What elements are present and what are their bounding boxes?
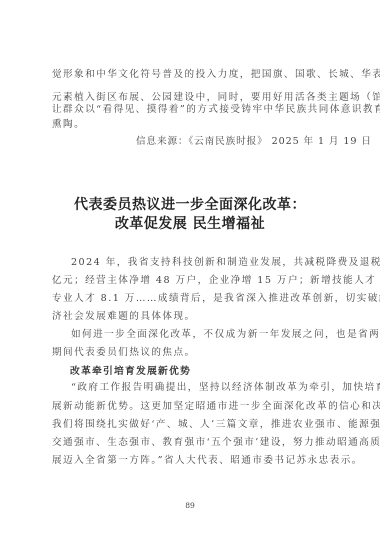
paragraph-line: 展迈入全省第一方阵。”省人大代表、昭通市委书记苏永忠表示。 [52, 454, 330, 467]
paragraph-line: 期间代表委员们热议的焦点。 [52, 346, 330, 359]
paragraph-line: 专业人才 8.1 万……成绩背后，是我省深入推进改革创新，切实破解经 [52, 292, 330, 305]
paragraph-line: 济社会发展难题的具体体现。 [52, 310, 330, 323]
source-line: 信息来源：《云南民族时报》 2025 年 1 月 19 日 [136, 133, 372, 147]
intro-line: 熏陶。 [52, 118, 330, 131]
paragraph-line: 2024 年，我省支持科技创新和制造业发展，共减税降费及退税超 167 [71, 256, 349, 269]
paragraph-line: 展新动能新优势。这更加坚定昭通市进一步全面深化改革的信心和决心。 [52, 400, 330, 413]
article-title-line1: 代表委员热议进一步全面深化改革： [0, 194, 380, 214]
document-page: 觉形象和中华文化符号普及的投入力度，把国旗、国歌、长城、华表等 元素植入街区布展… [0, 0, 380, 537]
intro-line: 让群众以“看得见、摸得着”的方式接受铸牢中华民族共同体意识教育和 [52, 103, 330, 116]
section-subheading: 改革牵引培育发展新优势 [70, 363, 191, 377]
paragraph-line: 交通强市、生态强市、教育强市‘五个强市’建设，努力推动昭通高质量发 [52, 436, 330, 449]
article-title-line2: 改革促发展 民生增福祉 [0, 213, 380, 233]
paragraph-line: “政府工作报告明确提出，坚持以经济体制改革为牵引，加快培育发 [71, 381, 349, 394]
paragraph-line: 亿元；经营主体净增 48 万户，企业净增 15 万户；新增技能人才 74 万、 [52, 274, 330, 287]
page-number: 89 [0, 501, 380, 510]
paragraph-line: 我们将围绕扎实做好‘产、城、人’三篇文章，推进农业强市、能源强市、 [52, 418, 330, 431]
intro-line: 觉形象和中华文化符号普及的投入力度，把国旗、国歌、长城、华表等 [52, 68, 330, 81]
paragraph-line: 如何进一步全面深化改革，不仅成为新一年发展之问，也是省两会 [71, 328, 349, 341]
